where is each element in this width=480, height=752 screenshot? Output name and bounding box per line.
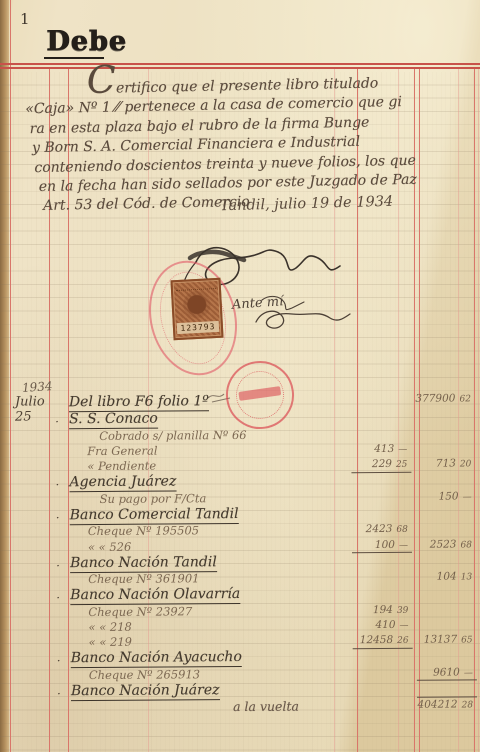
amount-total: 252368 [414,538,472,550]
entry-detail: « « 219 [89,635,132,649]
ditto-dot: . [56,588,60,602]
revenue-stamp: 123793 [170,278,223,341]
entry-detail: Cheque Nº 195505 [88,524,199,539]
page-title: Debe [46,26,127,57]
ledger-entries: Julio 25Del libro F6 folio 1º37790062.S.… [0,391,480,718]
entry-detail: Cobrado s/ planilla Nº 66 [99,428,247,443]
amount-total: 150— [414,490,472,502]
account-name: S. S. Conaco [69,411,158,430]
account-name: Banco Comercial Tandil [70,506,239,525]
amount-total: 40421228 [415,699,473,711]
entry-detail: Fra General [87,444,157,458]
carry-forward-label: a la vuelta [233,699,299,714]
ledger-year: 1934 [22,379,53,395]
amount-partial: 22925 [351,458,407,470]
entry-detail: Cheque Nº 23927 [88,604,192,619]
ledger-row: a la vuelta40421228 [1,698,480,718]
amount-partial: 242368 [352,523,408,535]
ditto-dot: . [56,555,60,569]
amount-partial: 413— [351,443,407,455]
entry-detail: « « 526 [88,539,131,553]
ditto-dot: . [55,412,59,426]
certification-date: Tandil, julio 19 de 1934 [220,194,394,215]
revenue-stamp-serial: 123793 [177,321,220,334]
attestation-text: Ante mí [232,294,284,313]
account-name: Agencia Juárez [69,474,176,493]
amount-total: 1313765 [415,633,473,645]
amount-total: 10413 [414,570,472,582]
amount-total: 37790062 [413,392,471,404]
ditto-dot: . [56,507,60,521]
account-name: Banco Nación Olavarría [70,586,240,605]
entry-detail: « « 218 [88,620,131,634]
ledger-page: 1 Debe Certifico que el presente libro t… [0,0,480,752]
ditto-dot: . [57,650,61,664]
ditto-dot: . [55,475,59,489]
amount-total: 71320 [413,458,471,470]
account-name: Banco Nación Tandil [70,554,217,573]
entry-detail: Su pago por F/Cta [100,491,207,506]
page-number: 1 [20,10,30,28]
account-name: Banco Nación Juárez [71,682,220,701]
amount-partial: 19439 [352,603,408,615]
entry-detail: « Pendiente [87,459,156,473]
account-name: Banco Nación Ayacucho [71,649,242,668]
amount-partial: 410— [352,619,408,631]
amount-partial: 1245826 [353,634,409,646]
amount-total: 9610— [415,666,473,678]
header-rule [0,63,480,65]
revenue-stamp-ornament [176,282,216,291]
certification-text: Certifico que el presente libro titulado… [25,68,468,217]
ditto-dot: . [57,683,61,697]
entry-detail: Cheque Nº 265913 [89,667,200,682]
account-name: Del libro F6 folio 1º [69,393,209,412]
entry-detail: Cheque Nº 361901 [88,571,199,586]
amount-partial: 100— [352,538,408,550]
